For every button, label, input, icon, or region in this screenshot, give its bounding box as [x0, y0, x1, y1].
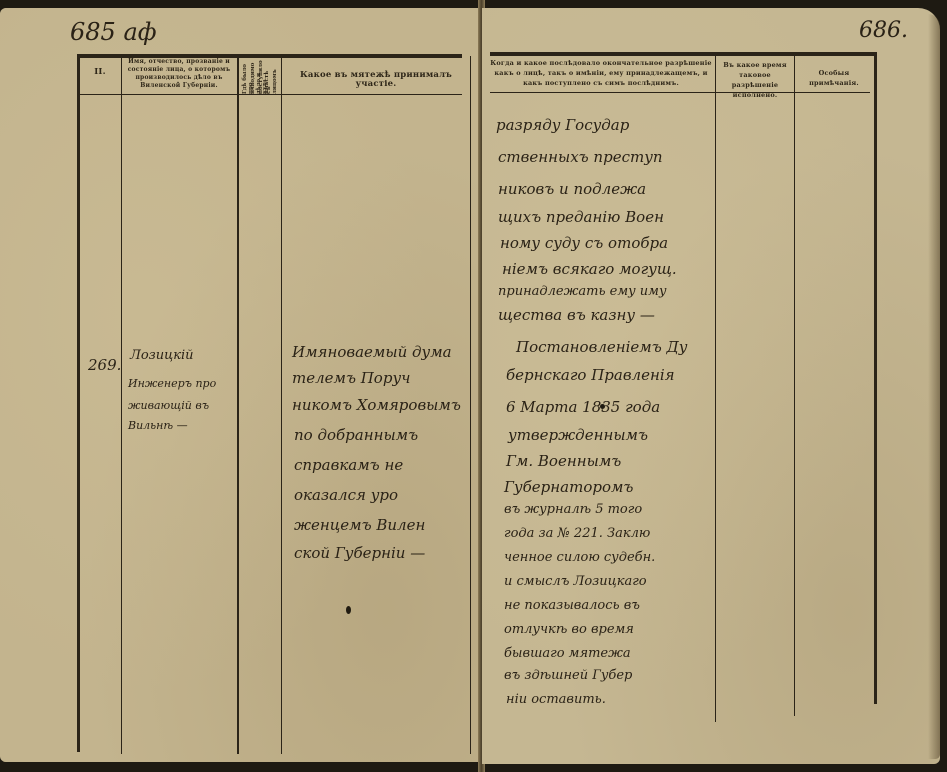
- resolution-line: Губернаторомъ: [504, 478, 633, 496]
- resolution-line: и смыслъ Лозицкаго: [504, 574, 647, 589]
- column-border: [281, 56, 282, 754]
- resolution-line: бернскаго Правленія: [506, 366, 675, 384]
- resolution-line: 6 Марта 1835 года: [506, 398, 660, 416]
- header-bottom-rule: [78, 94, 462, 95]
- resolution-line: ченное силою судебн.: [504, 550, 655, 565]
- resolution-line: ніи оставить.: [506, 692, 606, 707]
- participation-line: справкамъ не: [294, 456, 403, 474]
- ink-speck: [600, 404, 605, 409]
- resolution-line: отлучкѣ во время: [504, 622, 634, 637]
- participation-line: по добраннымъ: [294, 426, 418, 444]
- header-number: II.: [80, 68, 120, 77]
- resolution-line: бывшаго мятежа: [504, 646, 631, 661]
- resolution-line: года за № 221. Заклю: [504, 526, 650, 541]
- resolution-line: принадлежать ему иму: [498, 284, 667, 299]
- header-participation: Какое въ мятежѣ принималъ участіе.: [286, 71, 466, 89]
- header-resolution: Когда и какое послѣдовало окончательное …: [488, 58, 714, 88]
- header-narrow-4: съ лицомъ: [266, 60, 278, 94]
- entry-name-line: Лозицкій: [130, 348, 194, 364]
- column-border: [794, 54, 795, 716]
- resolution-line: Постановленіемъ Ду: [516, 338, 687, 356]
- column-border-outer-left: [77, 54, 80, 752]
- resolution-line: утвержденнымъ: [508, 426, 648, 444]
- participation-line: оказался уро: [294, 486, 398, 504]
- column-border: [237, 56, 239, 754]
- entry-name-line: Инженеръ про: [128, 376, 216, 392]
- resolution-line: не показывалось въ: [504, 598, 640, 613]
- column-border-outer-right: [874, 52, 877, 704]
- right-page: 686. Когда и какое послѣдовало окончател…: [482, 8, 940, 764]
- resolution-line: ному суду съ отобра: [500, 234, 668, 252]
- page-edge-shadow: [928, 14, 940, 759]
- column-border: [121, 56, 122, 754]
- participation-line: телемъ Поруч: [292, 369, 410, 387]
- entry-number: 269.: [88, 356, 121, 374]
- resolution-line: въ здѣшней Губер: [504, 668, 632, 683]
- column-border: [470, 56, 471, 754]
- participation-line: никомъ Хомяровымъ: [292, 396, 461, 414]
- left-page: 685 аф II. Имя, отчество, прозваніе и со…: [0, 8, 482, 762]
- ink-speck: [346, 606, 351, 614]
- resolution-line: ніемъ всякаго могущ.: [502, 260, 677, 278]
- resolution-line: щихъ преданію Воен: [498, 208, 664, 226]
- participation-line: ской Губерніи —: [294, 544, 425, 562]
- resolution-line: ственныхъ преступ: [498, 148, 663, 166]
- participation-line: женцемъ Вилен: [294, 516, 425, 534]
- header-notes: Особыя примѣчанія.: [796, 68, 872, 88]
- resolution-line: разряду Государ: [496, 116, 629, 134]
- resolution-line: Гм. Военнымъ: [506, 452, 621, 470]
- page-number-right: 686.: [859, 18, 908, 43]
- header-bottom-rule: [490, 92, 870, 93]
- entry-name-line: Вильнѣ —: [128, 418, 188, 434]
- column-border: [715, 54, 716, 722]
- page-number-left: 685 аф: [70, 18, 157, 46]
- header-top-rule: [490, 52, 874, 56]
- entry-name-line: живающій въ: [128, 398, 209, 414]
- resolution-line: щества въ казну —: [498, 306, 655, 324]
- header-name: Имя, отчество, прозваніе и состояніе лиц…: [123, 58, 235, 90]
- resolution-line: въ журналѣ 5 того: [504, 502, 642, 517]
- resolution-line: никовъ и подлежа: [498, 180, 646, 198]
- participation-line: Имяноваемый дума: [292, 343, 452, 361]
- header-executed: Въ какое время таковое разрѣшеніе исполн…: [717, 60, 793, 100]
